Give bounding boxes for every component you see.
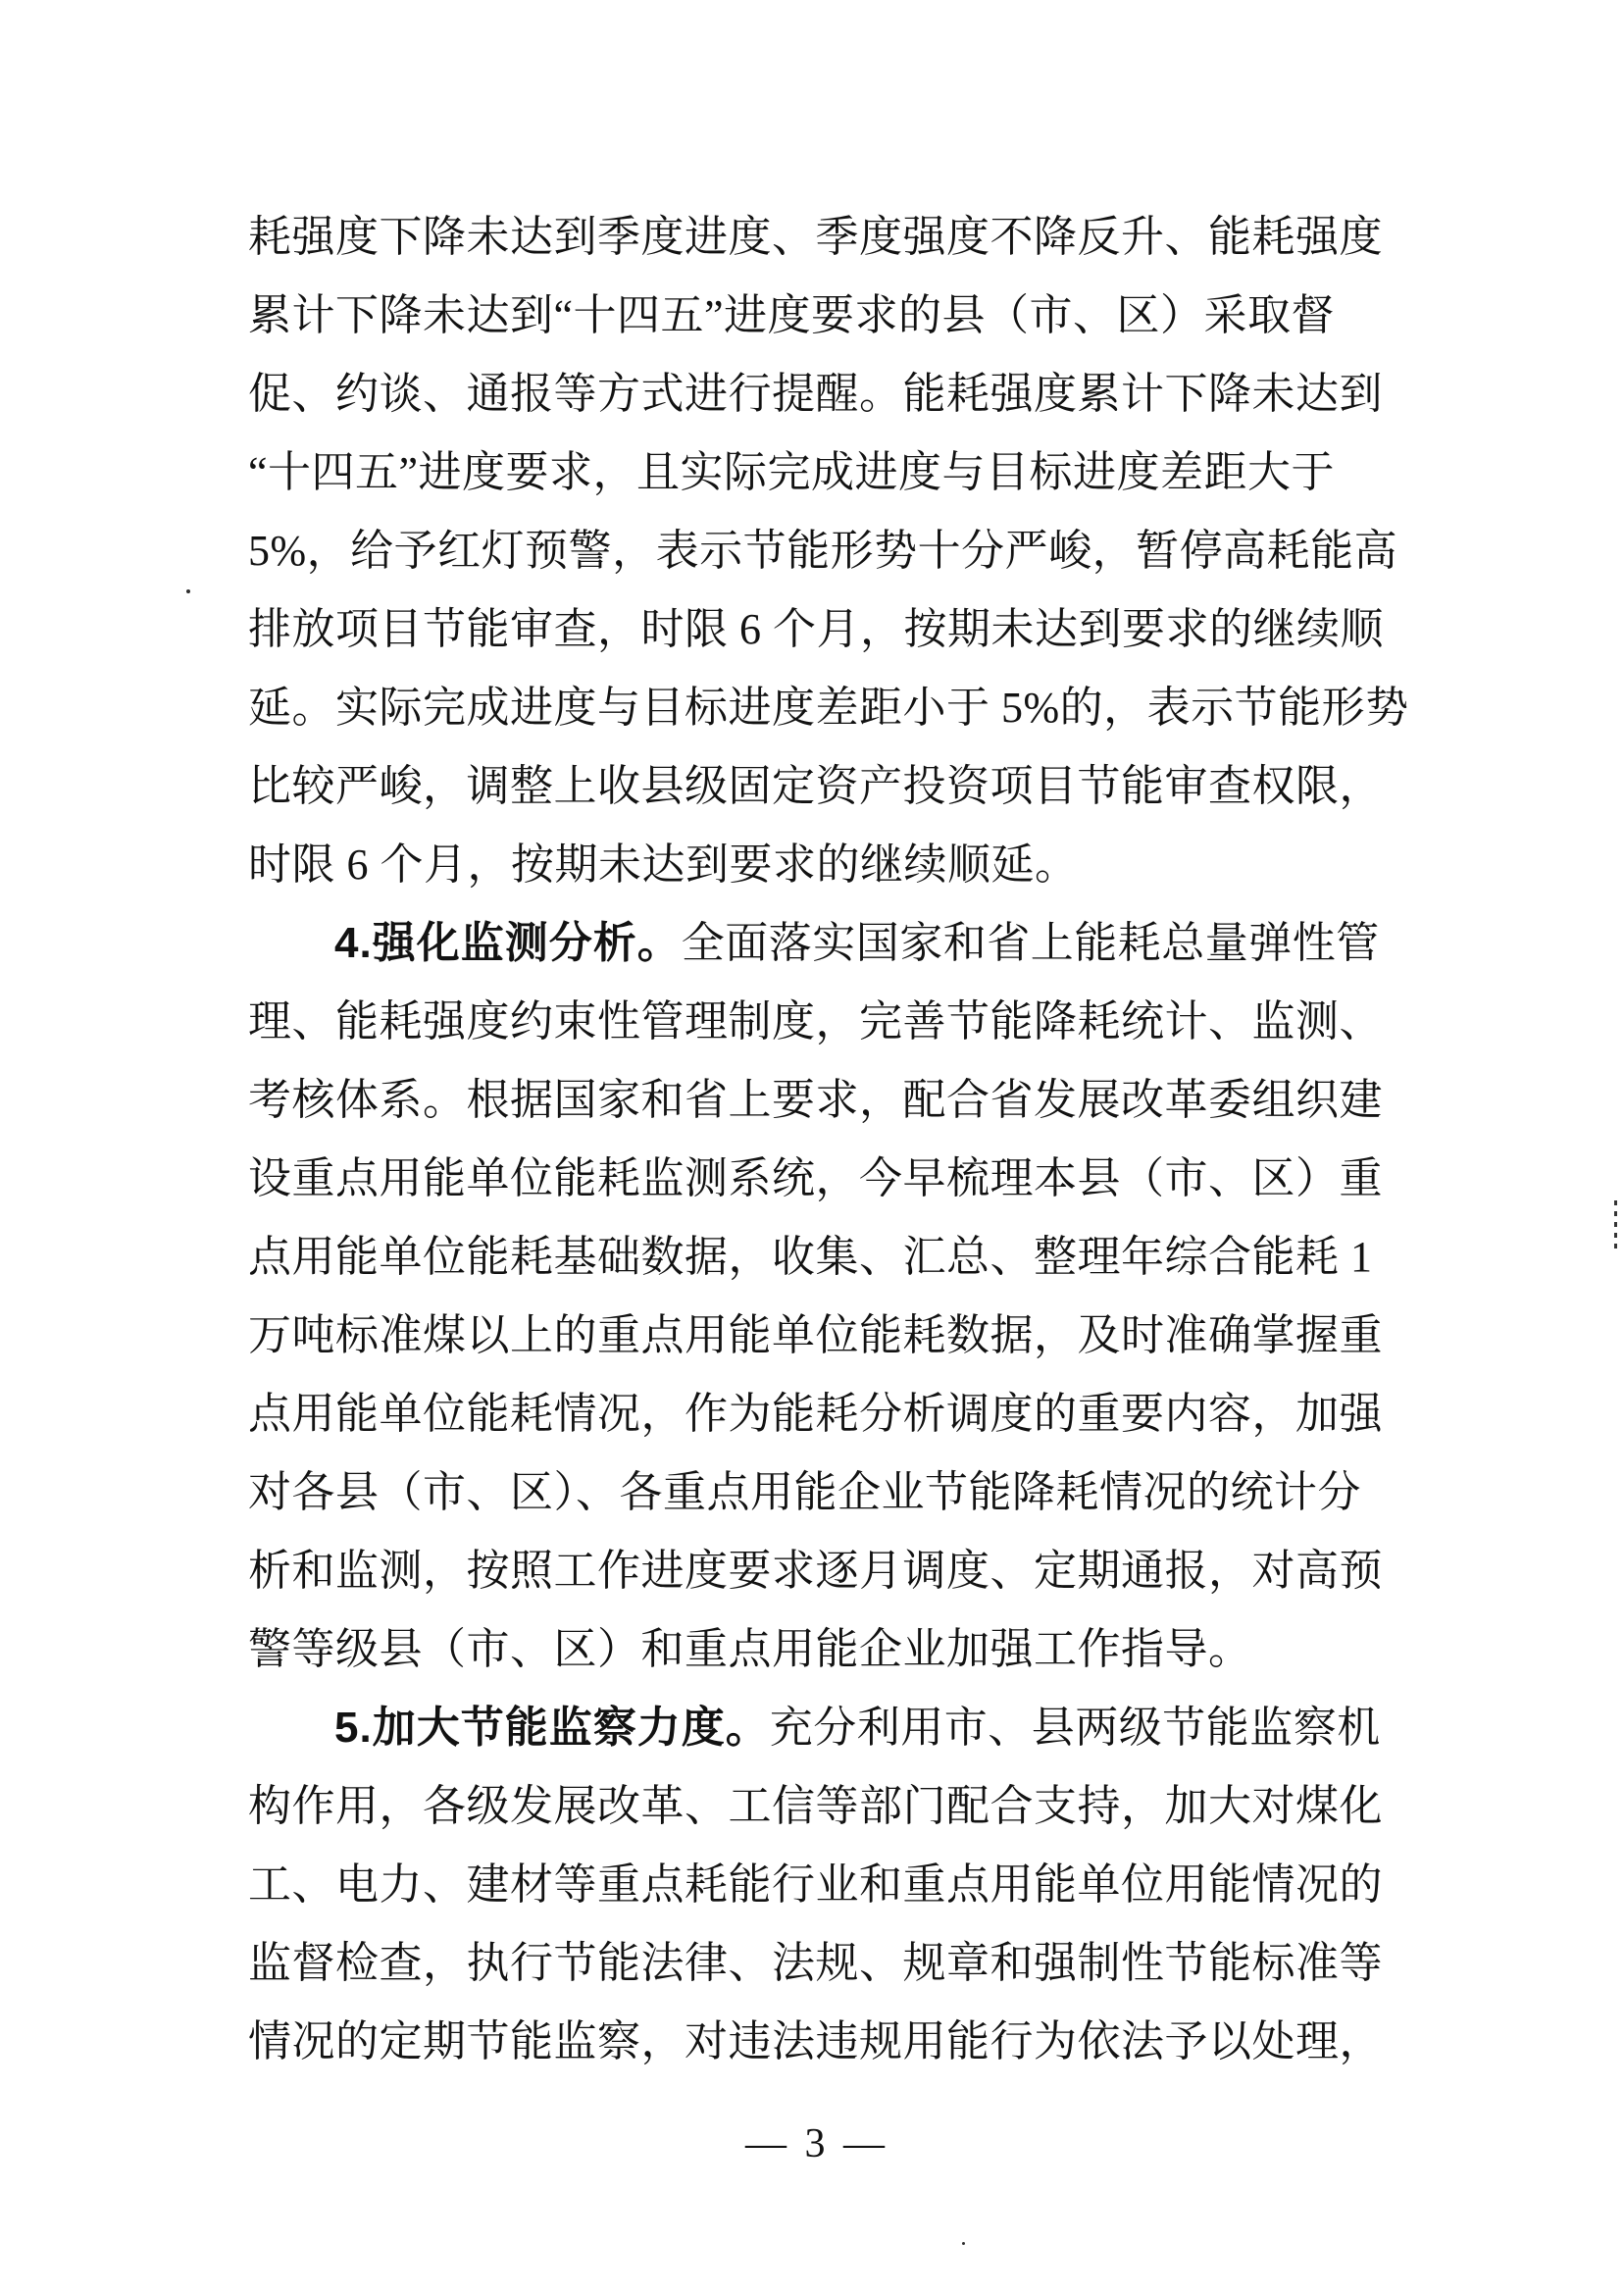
text-line: 点用能单位能耗基础数据，收集、汇总、整理年综合能耗 1 <box>248 1218 1386 1297</box>
text-run: 全面落实国家和省上能耗总量弹性管 <box>682 919 1380 967</box>
text-run: 工、电力、建材等重点耗能行业和重点用能单位用能情况的 <box>248 1860 1383 1909</box>
text-line: 设重点用能单位能耗监测系统，今早梳理本县（市、区）重 <box>248 1140 1386 1218</box>
text-run: 析和监测，按照工作进度要求逐月调度、定期通报，对高预 <box>248 1547 1383 1595</box>
text-run: 充分利用市、县两级节能监察机 <box>770 1704 1381 1752</box>
text-run: 设重点用能单位能耗监测系统，今早梳理本县（市、区）重 <box>248 1154 1383 1202</box>
text-line: “十四五”进度要求，且实际完成进度与目标进度差距大于 <box>248 433 1386 512</box>
document-page: 耗强度下降未达到季度进度、季度强度不降反升、能耗强度 累计下降未达到“十四五”进… <box>0 0 1624 2293</box>
text-line: 工、电力、建材等重点耗能行业和重点用能单位用能情况的 <box>248 1846 1386 1924</box>
text-line: 促、约谈、通报等方式进行提醒。能耗强度累计下降未达到 <box>248 355 1386 433</box>
scan-speck <box>186 589 190 593</box>
text-run: 理、能耗强度约束性管理制度，完善节能降耗统计、监测、 <box>248 997 1383 1045</box>
text-run: 5%，给予红灯预警，表示节能形势十分严峻，暂停高耗能高 <box>248 527 1397 575</box>
text-line: 对各县（市、区）、各重点用能企业节能降耗情况的统计分 <box>248 1453 1386 1532</box>
text-run: 延。实际完成进度与目标进度差距小于 5%的，表示节能形势 <box>248 684 1409 732</box>
text-line: 析和监测，按照工作进度要求逐月调度、定期通报，对高预 <box>248 1532 1386 1610</box>
bold-heading-run: 5.加大节能监察力度。 <box>334 1704 770 1752</box>
text-line: 点用能单位能耗情况，作为能耗分析调度的重要内容，加强 <box>248 1375 1386 1453</box>
text-line: 比较严峻，调整上收县级固定资产投资项目节能审查权限， <box>248 747 1386 826</box>
scan-speck <box>962 2242 965 2245</box>
paragraph-5-heading-line: 5.加大节能监察力度。充分利用市、县两级节能监察机 <box>248 1689 1386 1767</box>
text-run: 时限 6 个月，按期未达到要求的继续顺延。 <box>248 841 1079 889</box>
text-run: “十四五”进度要求，且实际完成进度与目标进度差距大于 <box>248 448 1335 496</box>
text-run: 累计下降未达到“十四五”进度要求的县（市、区）采取督 <box>248 291 1335 339</box>
text-run: 比较严峻，调整上收县级固定资产投资项目节能审查权限， <box>248 762 1383 810</box>
text-line: 理、能耗强度约束性管理制度，完善节能降耗统计、监测、 <box>248 983 1386 1061</box>
text-line: 排放项目节能审查，时限 6 个月，按期未达到要求的继续顺 <box>248 590 1386 669</box>
text-run: 点用能单位能耗基础数据，收集、汇总、整理年综合能耗 1 <box>248 1233 1373 1281</box>
text-line: 构作用，各级发展改革、工信等部门配合支持，加大对煤化 <box>248 1767 1386 1846</box>
text-line: 耗强度下降未达到季度进度、季度强度不降反升、能耗强度 <box>248 198 1386 277</box>
scan-artifact-dotted-line <box>1614 1200 1617 1251</box>
paragraph-4-heading-line: 4.强化监测分析。全面落实国家和省上能耗总量弹性管 <box>248 904 1386 983</box>
text-line: 5%，给予红灯预警，表示节能形势十分严峻，暂停高耗能高 <box>248 512 1386 590</box>
text-line: 延。实际完成进度与目标进度差距小于 5%的，表示节能形势 <box>248 669 1386 747</box>
text-line: 警等级县（市、区）和重点用能企业加强工作指导。 <box>248 1610 1386 1689</box>
text-line: 万吨标准煤以上的重点用能单位能耗数据，及时准确掌握重 <box>248 1297 1386 1375</box>
text-line: 累计下降未达到“十四五”进度要求的县（市、区）采取督 <box>248 277 1386 355</box>
page-number: — 3 — <box>248 2105 1386 2183</box>
text-run: 警等级县（市、区）和重点用能企业加强工作指导。 <box>248 1625 1252 1673</box>
text-run: 耗强度下降未达到季度进度、季度强度不降反升、能耗强度 <box>248 213 1383 261</box>
text-run: 万吨标准煤以上的重点用能单位能耗数据，及时准确掌握重 <box>248 1311 1383 1359</box>
text-run: 促、约谈、通报等方式进行提醒。能耗强度累计下降未达到 <box>248 370 1383 418</box>
text-run: 监督检查，执行节能法律、法规、规章和强制性节能标准等 <box>248 1939 1383 1987</box>
text-line: 情况的定期节能监察，对违法违规用能行为依法予以处理， <box>248 2003 1386 2081</box>
text-line: 监督检查，执行节能法律、法规、规章和强制性节能标准等 <box>248 1924 1386 2003</box>
text-line: 时限 6 个月，按期未达到要求的继续顺延。 <box>248 826 1386 904</box>
text-run: 对各县（市、区）、各重点用能企业节能降耗情况的统计分 <box>248 1468 1361 1516</box>
text-run: 点用能单位能耗情况，作为能耗分析调度的重要内容，加强 <box>248 1390 1383 1438</box>
text-run: 考核体系。根据国家和省上要求，配合省发展改革委组织建 <box>248 1076 1383 1124</box>
text-line: 考核体系。根据国家和省上要求，配合省发展改革委组织建 <box>248 1061 1386 1140</box>
text-run: 情况的定期节能监察，对违法违规用能行为依法予以处理， <box>248 2017 1383 2065</box>
bold-heading-run: 4.强化监测分析。 <box>334 919 682 967</box>
text-block: 耗强度下降未达到季度进度、季度强度不降反升、能耗强度 累计下降未达到“十四五”进… <box>248 198 1386 2081</box>
text-run: 排放项目节能审查，时限 6 个月，按期未达到要求的继续顺 <box>248 605 1384 653</box>
text-run: 构作用，各级发展改革、工信等部门配合支持，加大对煤化 <box>248 1782 1383 1830</box>
